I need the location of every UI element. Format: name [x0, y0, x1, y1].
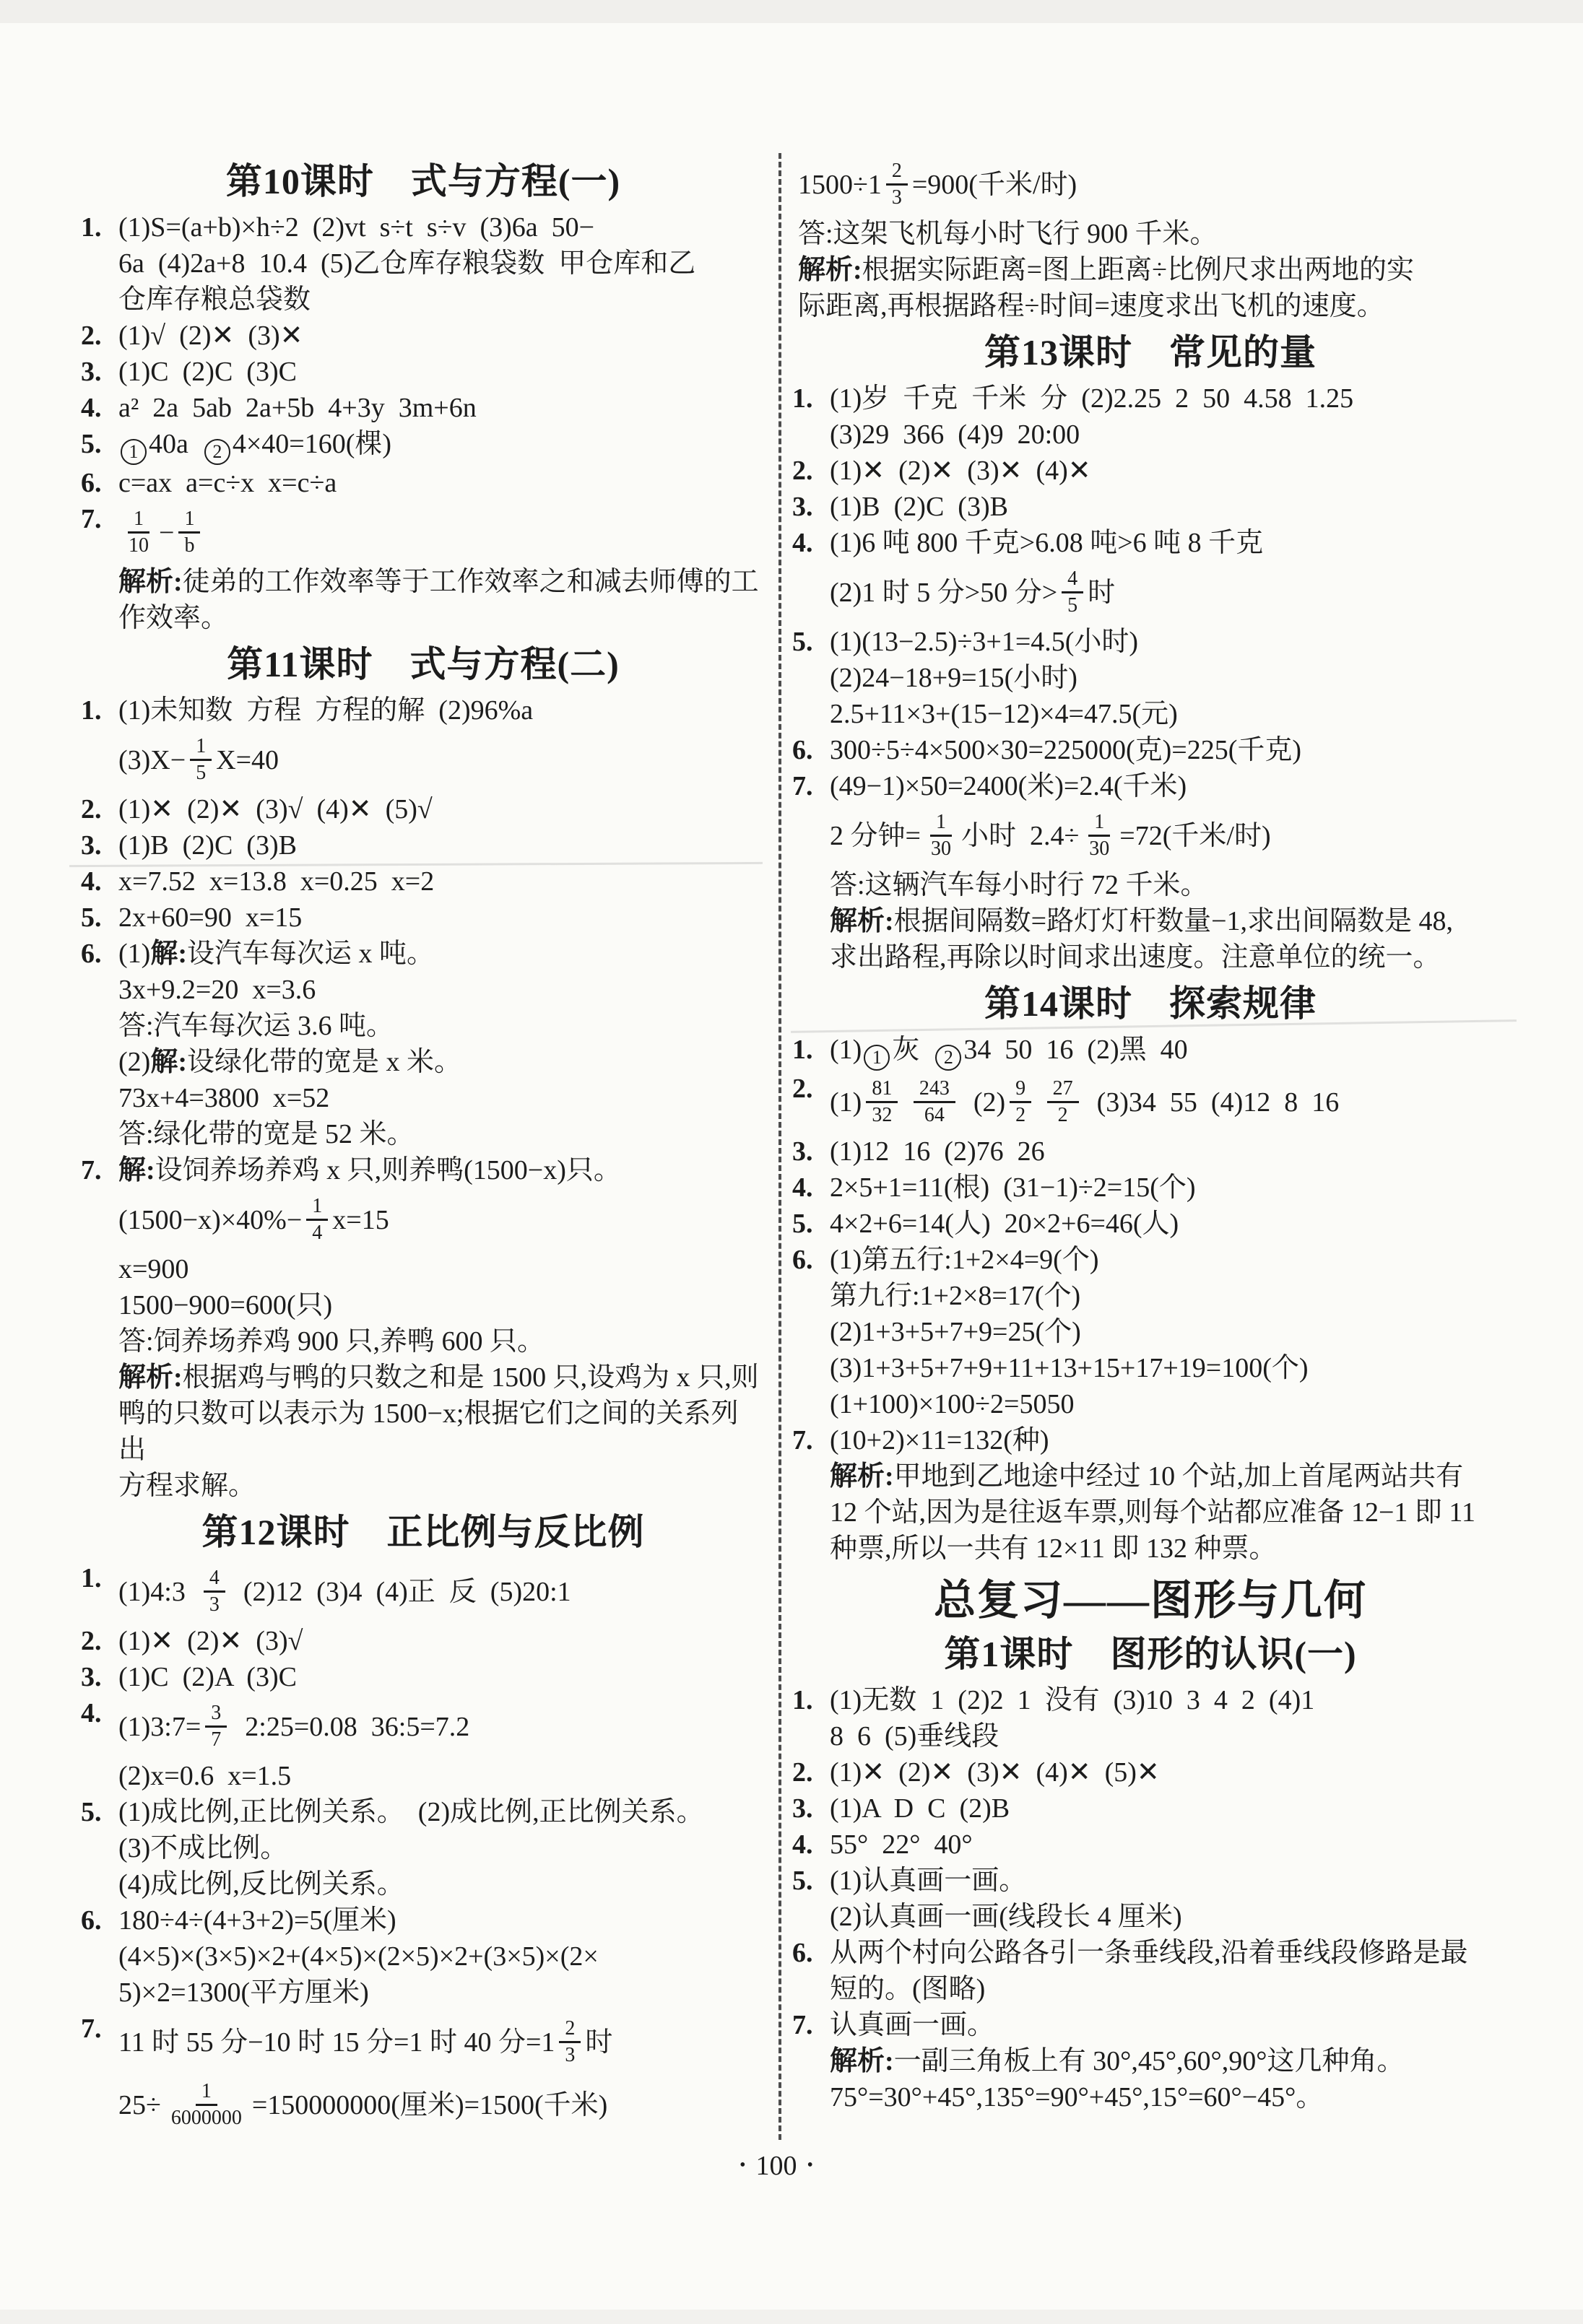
answer-line: (4×5)×(3×5)×2+(4×5)×(2×5)×2+(3×5)×(2× [118, 1938, 766, 1975]
section-title: 第14课时 探索规律 [792, 983, 1509, 1024]
text-run: 73x+4=3800 x=52 [118, 1083, 329, 1113]
section-title: 第10课时 式与方程(一) [81, 160, 766, 202]
answer-line: (1)(13−2.5)÷3+1=4.5(小时) [830, 624, 1509, 660]
answer-line: (3)29 366 (4)9 20:00 [830, 417, 1509, 453]
bold-label: 解: [150, 939, 187, 969]
text-run: 方程求解。 [118, 1471, 256, 1501]
answer-line: (49−1)×50=2400(米)=2.4(千米) [830, 768, 1509, 804]
fraction-denominator: 10 [123, 534, 155, 558]
answer-line: (1)12 16 (2)76 26 [830, 1133, 1509, 1170]
answer-line: 解析:根据实际距离=图上距离÷比例尺求出两地的实 [798, 252, 1509, 288]
text-run: 答:饲养场养鸡 900 只,养鸭 600 只。 [118, 1326, 545, 1357]
fraction: 130 [925, 810, 957, 861]
text-run: (1)未知数 方程 方程的解 (2)96%a [118, 695, 533, 726]
fraction-numerator: 1 [306, 1194, 328, 1221]
item-content: (1)C (2)C (3)C [118, 354, 766, 390]
item-content: 从两个村向公路各引一条垂线段,沿着垂线段修路是最短的。(图略) [830, 1935, 1509, 2007]
item-number: 3. [81, 354, 118, 390]
text-run: 答:绿化带的宽是 52 米。 [118, 1119, 415, 1149]
item-number: 1. [81, 1560, 118, 1596]
answer-line: 2 分钟=130小时 2.4÷130=72(千米/时) [830, 804, 1509, 867]
text-run: 8 6 (5)垂线段 [830, 1721, 999, 1751]
item-content: (1)C (2)A (3)C [118, 1659, 766, 1695]
answer-line: 答:这架飞机每小时飞行 900 千米。 [798, 216, 1509, 252]
scan-edge-top [0, 0, 1583, 23]
footer-dot: • [729, 2156, 755, 2175]
answer-line: (1)第五行:1+2×4=9(个) [830, 1242, 1509, 1278]
text-run: 第九行:1+2×8=17(个) [830, 1281, 1080, 1311]
bold-label: 解析: [118, 1362, 183, 1393]
text-run: 答:汽车每次运 3.6 吨。 [118, 1011, 394, 1041]
answer-line: (1)B (2)C (3)B [118, 827, 766, 863]
text-run: (2)1+3+5+7+9=25(个) [830, 1317, 1081, 1347]
text-run: 75°=30°+45°,135°=90°+45°,15°=60°−45°。 [830, 2082, 1323, 2112]
answer-line: (2)认真画一画(线段长 4 厘米) [830, 1899, 1509, 1935]
fraction-denominator: b [178, 534, 200, 558]
answer-item: 3.(1)C (2)A (3)C [81, 1659, 766, 1695]
fraction-numerator: 9 [1010, 1076, 1031, 1103]
fraction-numerator: 1 [178, 507, 200, 534]
item-content: c=ax a=c÷x x=c÷a [118, 465, 766, 501]
text-run: x=7.52 x=13.8 x=0.25 x=2 [118, 866, 434, 897]
item-number: 2. [792, 1071, 830, 1107]
item-content: (1)4:3 43 (2)12 (3)4 (4)正 反 (5)20:1 [118, 1560, 766, 1623]
text-run: 时 [1088, 575, 1115, 611]
answer-line: (1)3:7=37 2:25=0.08 36:5=7.2 [118, 1695, 766, 1758]
answer-line: 短的。(图略) [830, 1971, 1509, 2007]
answer-line: 5)×2=1300(平方厘米) [118, 1975, 766, 2011]
item-number: 4. [792, 525, 830, 561]
item-content: 11 时 55 分−10 时 15 分=1 时 40 分=123时25÷1600… [118, 2011, 766, 2136]
text-run: (2)认真画一画(线段长 4 厘米) [830, 1902, 1182, 1932]
item-number: 7. [792, 768, 830, 804]
answer-item: 1.(1)4:3 43 (2)12 (3)4 (4)正 反 (5)20:1 [81, 1560, 766, 1623]
text-run: 1500÷1 [798, 167, 882, 203]
answer-line: 际距离,再根据路程÷时间=速度求出飞机的速度。 [798, 288, 1509, 324]
answer-line: 55° 22° 40° [830, 1827, 1509, 1863]
answer-line: (10+2)×11=132(种) [830, 1422, 1509, 1458]
text-run: 时 [585, 2024, 612, 2060]
answer-line: 作效率。 [118, 600, 766, 636]
fraction-numerator: 1 [196, 2079, 217, 2106]
answer-item: 2.(1)✕ (2)✕ (3)√ [81, 1623, 766, 1659]
answer-line: c=ax a=c÷x x=c÷a [118, 465, 766, 501]
answer-line: 2.5+11×3+(15−12)×4=47.5(元) [830, 696, 1509, 732]
answer-line: (3)不成比例。 [118, 1830, 766, 1866]
answer-line: 答:这辆汽车每小时行 72 千米。 [830, 867, 1509, 903]
answer-item: 5.(1)(13−2.5)÷3+1=4.5(小时)(2)24−18+9=15(小… [792, 624, 1509, 732]
text-run: 180÷4÷(4+3+2)=5(厘米) [118, 1905, 396, 1936]
item-number: 3. [792, 1790, 830, 1827]
answer-item: 2.(1)✕ (2)✕ (3)✕ (4)✕ [792, 453, 1509, 489]
answer-line: 8 6 (5)垂线段 [830, 1718, 1509, 1754]
item-number: 4. [81, 390, 118, 426]
item-number: 3. [792, 489, 830, 525]
answer-item: 3.(1)12 16 (2)76 26 [792, 1133, 1509, 1170]
answer-item: 5.140a 24×40=160(棵) [81, 426, 766, 465]
text-run: x=15 [332, 1202, 389, 1238]
text-run: 2.5+11×3+(15−12)×4=47.5(元) [830, 699, 1178, 729]
item-content: (1)未知数 方程 方程的解 (2)96%a(3)X−15X=40 [118, 692, 766, 791]
text-run: 鸭的只数可以表示为 1500−x;根据它们之间的关系列出 [118, 1398, 739, 1465]
fraction: 24364 [914, 1076, 955, 1128]
text-run: 短的。(图略) [830, 1974, 985, 2004]
answer-line: (3)X−15X=40 [118, 728, 766, 791]
answer-item: 2.(1)✕ (2)✕ (3)√ (4)✕ (5)√ [81, 791, 766, 827]
text-run: 4×40=160(棵) [233, 429, 391, 459]
text-run: 际距离,再根据路程÷时间=速度求出飞机的速度。 [798, 291, 1384, 321]
fraction-denominator: 7 [205, 1728, 227, 1752]
item-content: (1)B (2)C (3)B [830, 489, 1509, 525]
text-run: 2×5+1=11(根) (31−1)÷2=15(个) [830, 1172, 1196, 1203]
item-number: 4. [792, 1170, 830, 1206]
item-number: 1. [792, 1682, 830, 1718]
answer-line: (1)1灰 234 50 16 (2)黑 40 [830, 1032, 1509, 1071]
answer-item: 3.(1)C (2)C (3)C [81, 354, 766, 390]
answer-line: (1)✕ (2)✕ (3)√ (4)✕ (5)√ [118, 791, 766, 827]
item-content: (1)无数 1 (2)2 1 没有 (3)10 3 4 2 (4)18 6 (5… [830, 1682, 1509, 1754]
answers-column-left: 第10课时 式与方程(一)1.(1)S=(a+b)×h÷2 (2)vt s÷t … [81, 153, 766, 2136]
fraction-numerator: 2 [559, 2016, 581, 2043]
text-run: 答:这辆汽车每小时行 72 千米。 [830, 870, 1208, 900]
text-run: (1)✕ (2)✕ (3)✕ (4)✕ (5)✕ [830, 1757, 1160, 1788]
text-run: c=ax a=c÷x x=c÷a [118, 468, 337, 498]
text-run: − [159, 515, 174, 551]
answer-item: 4.(1)6 吨 800 千克>6.08 吨>6 吨 8 千克(2)1 时 5 … [792, 525, 1509, 624]
answer-line: 75°=30°+45°,135°=90°+45°,15°=60°−45°。 [830, 2079, 1509, 2115]
answer-line: (3)1+3+5+7+9+11+13+15+17+19=100(个) [830, 1350, 1509, 1386]
text-run: (1)成比例,正比例关系。 (2)成比例,正比例关系。 [118, 1797, 704, 1827]
bold-label: 解析: [830, 2046, 894, 2076]
bold-label: 解析: [830, 1461, 894, 1492]
answer-item: 6.(1)解:设汽车每次运 x 吨。3x+9.2=20 x=3.6答:汽车每次运… [81, 936, 766, 1152]
item-content: (1)解:设汽车每次运 x 吨。3x+9.2=20 x=3.6答:汽车每次运 3… [118, 936, 766, 1152]
text-run: 1500−900=600(只) [118, 1290, 332, 1320]
answer-line: 1500−900=600(只) [118, 1287, 766, 1323]
answer-item: 7.(10+2)×11=132(种)解析:甲地到乙地途中经过 10 个站,加上首… [792, 1422, 1509, 1567]
answer-line: (2)解:设绿化带的宽是 x 米。 [118, 1044, 766, 1080]
fraction-numerator: 1 [190, 734, 212, 761]
answer-line: 25÷16000000=150000000(厘米)=1500(千米) [118, 2073, 766, 2136]
item-content: 认真画一画。解析:一副三角板上有 30°,45°,60°,90°这几种角。75°… [830, 2007, 1509, 2115]
text-run: (1)B (2)C (3)B [118, 830, 297, 861]
item-content: 140a 24×40=160(棵) [118, 426, 766, 465]
answer-line: (1)6 吨 800 千克>6.08 吨>6 吨 8 千克 [830, 525, 1509, 561]
answer-item: 6.从两个村向公路各引一条垂线段,沿着垂线段修路是最短的。(图略) [792, 1935, 1509, 2007]
text-run: (1)第五行:1+2×4=9(个) [830, 1245, 1098, 1275]
text-run: a² 2a 5ab 2a+5b 4+3y 3m+6n [118, 393, 477, 423]
answer-line: (1)无数 1 (2)2 1 没有 (3)10 3 4 2 (4)1 [830, 1682, 1509, 1718]
item-number: 2. [81, 1623, 118, 1659]
answer-line: 方程求解。 [118, 1468, 766, 1504]
item-content: 2x+60=90 x=15 [118, 900, 766, 936]
text-run: (1)B (2)C (3)B [830, 492, 1008, 522]
text-run: 5)×2=1300(平方厘米) [118, 1977, 369, 2008]
text-run: (1)✕ (2)✕ (3)√ (4)✕ (5)√ [118, 794, 433, 824]
answer-line: (1)C (2)C (3)C [118, 354, 766, 390]
text-run: (4)成比例,反比例关系。 [118, 1869, 404, 1899]
item-number: 6. [792, 732, 830, 768]
text-run: 根据间隔数=路灯灯杆数量−1,求出间隔数是 48, [894, 906, 1453, 936]
answer-line: 110−1b [118, 501, 766, 564]
fraction: 23 [559, 2016, 581, 2068]
text-run: (1)4:3 [118, 1574, 199, 1610]
workbook-page: 第10课时 式与方程(一)1.(1)S=(a+b)×h÷2 (2)vt s÷t … [0, 0, 1583, 2324]
item-number: 5. [792, 1206, 830, 1242]
text-run: 3x+9.2=20 x=3.6 [118, 975, 316, 1005]
text-run: 12 个站,因为是往返车票,则每个站都应准备 12−1 即 11 [830, 1497, 1475, 1528]
answer-item: 3.(1)A D C (2)B [792, 1790, 1509, 1827]
item-number: 7. [81, 2011, 118, 2047]
fraction: 45 [1062, 567, 1083, 618]
text-run: 300÷5÷4×500×30=225000(克)=225(千克) [830, 735, 1301, 765]
item-content: 解:设饲养场养鸡 x 只,则养鸭(1500−x)只。(1500−x)×40%−1… [118, 1152, 766, 1504]
answer-item: 2.(1)✕ (2)✕ (3)✕ (4)✕ (5)✕ [792, 1754, 1509, 1790]
bold-label: 解: [150, 1047, 187, 1077]
bold-label: 解: [118, 1155, 155, 1185]
answer-item: 1.(1)1灰 234 50 16 (2)黑 40 [792, 1032, 1509, 1071]
answer-item: 4.(1)3:7=37 2:25=0.08 36:5=7.2(2)x=0.6 x… [81, 1695, 766, 1794]
item-content: (1)B (2)C (3)B [118, 827, 766, 863]
answer-line: 仓库存粮总袋数 [118, 282, 766, 318]
text-run: (1)S=(a+b)×h÷2 (2)vt s÷t s÷v (3)6a 50− [118, 212, 594, 243]
item-number: 4. [792, 1827, 830, 1863]
text-run: 根据实际距离=图上距离÷比例尺求出两地的实 [862, 255, 1414, 285]
text-run: (1+100)×100÷2=5050 [830, 1389, 1074, 1419]
fraction-denominator: 2 [1052, 1103, 1074, 1128]
text-run: (1)✕ (2)✕ (3)✕ (4)✕ [830, 456, 1091, 486]
section-title: 第12课时 正比例与反比例 [81, 1511, 766, 1553]
answer-line: (1)✕ (2)✕ (3)✕ (4)✕ (5)✕ [830, 1754, 1509, 1790]
fraction: 43 [204, 1566, 225, 1617]
text-run: =150000000(厘米)=1500(千米) [252, 2087, 607, 2123]
text-run: 甲地到乙地途中经过 10 个站,加上首尾两站共有 [894, 1461, 1464, 1492]
text-run: 作效率。 [118, 603, 228, 633]
item-number: 1. [792, 380, 830, 417]
answer-line: (1)岁 千克 千米 分 (2)2.25 2 50 4.58 1.25 [830, 380, 1509, 417]
footer-dot: • [797, 2156, 823, 2175]
column-divider [779, 153, 781, 2140]
bold-label: 解析: [798, 255, 862, 285]
answer-item: 6.180÷4÷(4+3+2)=5(厘米)(4×5)×(3×5)×2+(4×5)… [81, 1902, 766, 2011]
text-run: (1) [118, 939, 150, 969]
answer-line: 11 时 55 分−10 时 15 分=1 时 40 分=123时 [118, 2011, 766, 2073]
item-number: 2. [792, 453, 830, 489]
text-run: 从两个村向公路各引一条垂线段,沿着垂线段修路是最 [830, 1938, 1468, 1968]
answer-line: 140a 24×40=160(棵) [118, 426, 766, 465]
fraction-numerator: 1 [1088, 810, 1110, 837]
item-number: 2. [81, 791, 118, 827]
answer-line: x=900 [118, 1251, 766, 1287]
answer-line: 2x+60=90 x=15 [118, 900, 766, 936]
item-number: 5. [81, 1794, 118, 1830]
item-content: (1)8132 24364 (2)92 272 (3)34 55 (4)12 8… [830, 1071, 1509, 1133]
answer-line: 认真画一画。 [830, 2007, 1509, 2043]
answer-item: 5.(1)认真画一画。(2)认真画一画(线段长 4 厘米) [792, 1863, 1509, 1935]
item-number: 7. [792, 1422, 830, 1458]
text-run: (1)√ (2)✕ (3)✕ [118, 321, 303, 351]
answer-line: 解析:甲地到乙地途中经过 10 个站,加上首尾两站共有 [830, 1458, 1509, 1494]
fraction-denominator: 5 [190, 761, 212, 785]
answer-line: (1)B (2)C (3)B [830, 489, 1509, 525]
fraction-numerator: 27 [1047, 1076, 1079, 1103]
fraction-numerator: 4 [204, 1566, 225, 1593]
answer-line: (1)4:3 43 (2)12 (3)4 (4)正 反 (5)20:1 [118, 1560, 766, 1623]
answer-line: 12 个站,因为是往返车票,则每个站都应准备 12−1 即 11 [830, 1494, 1509, 1531]
answers-column-right: 1500÷123=900(千米/时)答:这架飞机每小时飞行 900 千米。解析:… [792, 153, 1509, 2115]
answer-line: 种票,所以一共有 12×11 即 132 种票。 [830, 1531, 1509, 1567]
text-run: (1)12 16 (2)76 26 [830, 1136, 1045, 1167]
text-run: (4×5)×(3×5)×2+(4×5)×(2×5)×2+(3×5)×(2× [118, 1941, 599, 1972]
item-content: (1)1灰 234 50 16 (2)黑 40 [830, 1032, 1509, 1071]
answer-line: 从两个村向公路各引一条垂线段,沿着垂线段修路是最 [830, 1935, 1509, 1971]
text-run: (2)1 时 5 分>50 分> [830, 575, 1057, 611]
answer-item: 5.4×2+6=14(人) 20×2+6=46(人) [792, 1206, 1509, 1242]
fraction-numerator: 2 [886, 159, 908, 186]
answer-item: 2.(1)√ (2)✕ (3)✕ [81, 318, 766, 354]
text-run: (49−1)×50=2400(米)=2.4(千米) [830, 771, 1187, 801]
answer-line: (2)1+3+5+7+9=25(个) [830, 1314, 1509, 1350]
answer-item: 1.(1)无数 1 (2)2 1 没有 (3)10 3 4 2 (4)18 6 … [792, 1682, 1509, 1754]
item-content: (1)✕ (2)✕ (3)√ (4)✕ (5)√ [118, 791, 766, 827]
item-content: 4×2+6=14(人) 20×2+6=46(人) [830, 1206, 1509, 1242]
answer-item: 5.2x+60=90 x=15 [81, 900, 766, 936]
text-run: 6a (4)2a+8 10.4 (5)乙仓库存粮袋数 甲仓库和乙 [118, 248, 695, 279]
item-number: 1. [81, 692, 118, 728]
item-content: 300÷5÷4×500×30=225000(克)=225(千克) [830, 732, 1509, 768]
fraction-denominator: 5 [1062, 593, 1083, 618]
main-title: 总复习——图形与几何 [792, 1575, 1509, 1626]
text-run: (1500−x)×40%− [118, 1202, 302, 1238]
text-run: (2)12 (3)4 (4)正 反 (5)20:1 [230, 1574, 571, 1610]
item-number: 5. [792, 1863, 830, 1899]
item-number: 3. [81, 827, 118, 863]
answer-item: 3.(1)B (2)C (3)B [792, 489, 1509, 525]
answer-line: (1)未知数 方程 方程的解 (2)96%a [118, 692, 766, 728]
item-content: 110−1b解析:徒弟的工作效率等于工作效率之和减去师傅的工作效率。 [118, 501, 766, 636]
fraction-denominator: 3 [559, 2043, 581, 2068]
item-number: 5. [792, 624, 830, 660]
text-run: 40a [149, 429, 202, 459]
item-content: (1)3:7=37 2:25=0.08 36:5=7.2(2)x=0.6 x=1… [118, 1695, 766, 1794]
answer-line: (1)✕ (2)✕ (3)✕ (4)✕ [830, 453, 1509, 489]
fraction: 8132 [866, 1076, 898, 1128]
item-content: 55° 22° 40° [830, 1827, 1509, 1863]
item-number: 3. [792, 1133, 830, 1170]
answer-item: 7.110−1b解析:徒弟的工作效率等于工作效率之和减去师傅的工作效率。 [81, 501, 766, 636]
circled-number: 1 [121, 439, 147, 465]
fraction-numerator: 3 [205, 1701, 227, 1728]
answer-item: 3.(1)B (2)C (3)B [81, 827, 766, 863]
item-number: 6. [792, 1935, 830, 1971]
item-number: 4. [81, 863, 118, 900]
answer-line: 6a (4)2a+8 10.4 (5)乙仓库存粮袋数 甲仓库和乙 [118, 245, 766, 282]
answer-line: (2)24−18+9=15(小时) [830, 660, 1509, 696]
text-run: 仓库存粮总袋数 [118, 284, 311, 315]
item-content: a² 2a 5ab 2a+5b 4+3y 3m+6n [118, 390, 766, 426]
fraction: 15 [190, 734, 212, 785]
text-run: (1)岁 千克 千米 分 (2)2.25 2 50 4.58 1.25 [830, 383, 1353, 414]
text-run: (1)6 吨 800 千克>6.08 吨>6 吨 8 千克 [830, 528, 1263, 558]
fraction-denominator: 64 [919, 1103, 950, 1128]
section-title: 第1课时 图形的认识(一) [792, 1633, 1509, 1675]
answer-line: 鸭的只数可以表示为 1500−x;根据它们之间的关系列出 [118, 1396, 766, 1468]
answer-item: 4.55° 22° 40° [792, 1827, 1509, 1863]
item-content: (1)12 16 (2)76 26 [830, 1133, 1509, 1170]
fraction-numerator: 81 [866, 1076, 898, 1103]
answer-line: (1)认真画一画。 [830, 1863, 1509, 1899]
answer-line: (1500−x)×40%−14x=15 [118, 1188, 766, 1251]
text-run: 设绿化带的宽是 x 米。 [187, 1047, 461, 1077]
fraction: 37 [205, 1701, 227, 1752]
fraction: 130 [1083, 810, 1115, 861]
text-run: (2) [960, 1084, 1005, 1120]
item-number: 2. [792, 1754, 830, 1790]
item-number: 1. [81, 209, 118, 245]
answer-line: (1)成比例,正比例关系。 (2)成比例,正比例关系。 [118, 1794, 766, 1830]
answer-line: 300÷5÷4×500×30=225000(克)=225(千克) [830, 732, 1509, 768]
text-run: 2 分钟= [830, 818, 921, 854]
answer-item: 5.(1)成比例,正比例关系。 (2)成比例,正比例关系。(3)不成比例。(4)… [81, 1794, 766, 1902]
answer-item: 1500÷123=900(千米/时)答:这架飞机每小时飞行 900 千米。解析:… [792, 153, 1509, 324]
fraction-denominator: 30 [925, 837, 957, 861]
text-run: 灰 [892, 1035, 933, 1065]
answer-item: 4.2×5+1=11(根) (31−1)÷2=15(个) [792, 1170, 1509, 1206]
answer-item: 1.(1)S=(a+b)×h÷2 (2)vt s÷t s÷v (3)6a 50−… [81, 209, 766, 318]
text-run: (3)1+3+5+7+9+11+13+15+17+19=100(个) [830, 1353, 1309, 1383]
fraction-denominator: 2 [1010, 1103, 1031, 1128]
answer-line: 解:设饲养场养鸡 x 只,则养鸭(1500−x)只。 [118, 1152, 766, 1188]
item-number: 3. [81, 1659, 118, 1695]
text-run: 根据鸡与鸭的只数之和是 1500 只,设鸡为 x 只,则 [183, 1362, 759, 1393]
answer-item: 7.(49−1)×50=2400(米)=2.4(千米)2 分钟=130小时 2.… [792, 768, 1509, 975]
fraction: 110 [123, 507, 155, 558]
text-run: (1) [830, 1035, 862, 1065]
text-run: (1)A D C (2)B [830, 1793, 1010, 1824]
answer-item: 1.(1)岁 千克 千米 分 (2)2.25 2 50 4.58 1.25(3)… [792, 380, 1509, 453]
text-run: x=900 [118, 1254, 188, 1284]
item-content: (1)A D C (2)B [830, 1790, 1509, 1827]
text-run: (3)不成比例。 [118, 1833, 287, 1863]
item-content: (10+2)×11=132(种)解析:甲地到乙地途中经过 10 个站,加上首尾两… [830, 1422, 1509, 1567]
fraction-denominator: 3 [204, 1593, 225, 1617]
answer-item: 2.(1)8132 24364 (2)92 272 (3)34 55 (4)12… [792, 1071, 1509, 1133]
page-footer: •100• [0, 2150, 1553, 2182]
text-run: (1)无数 1 (2)2 1 没有 (3)10 3 4 2 (4)1 [830, 1685, 1314, 1715]
answer-item: 7.认真画一画。解析:一副三角板上有 30°,45°,60°,90°这几种角。7… [792, 2007, 1509, 2115]
text-run: (1)C (2)A (3)C [118, 1662, 297, 1692]
answer-line: 73x+4=3800 x=52 [118, 1080, 766, 1116]
answer-line: (2)x=0.6 x=1.5 [118, 1758, 766, 1794]
answer-line: 第九行:1+2×8=17(个) [830, 1278, 1509, 1314]
scan-edge-bottom [0, 2310, 1583, 2324]
text-run: =900(千米/时) [912, 167, 1077, 203]
text-run: 设饲养场养鸡 x 只,则养鸭(1500−x)只。 [155, 1155, 621, 1185]
text-run: =72(千米/时) [1119, 818, 1270, 854]
item-content: (1)第五行:1+2×4=9(个)第九行:1+2×8=17(个)(2)1+3+5… [830, 1242, 1509, 1422]
answer-line: (1)A D C (2)B [830, 1790, 1509, 1827]
item-content: 2×5+1=11(根) (31−1)÷2=15(个) [830, 1170, 1509, 1206]
text-run: 34 50 16 (2)黑 40 [963, 1035, 1187, 1065]
answer-line: 答:饲养场养鸡 900 只,养鸭 600 只。 [118, 1323, 766, 1359]
fraction-denominator: 32 [866, 1103, 898, 1128]
item-content: (1)6 吨 800 千克>6.08 吨>6 吨 8 千克(2)1 时 5 分>… [830, 525, 1509, 624]
answer-item: 6.(1)第五行:1+2×4=9(个)第九行:1+2×8=17(个)(2)1+3… [792, 1242, 1509, 1422]
item-content: (1)S=(a+b)×h÷2 (2)vt s÷t s÷v (3)6a 50−6a… [118, 209, 766, 318]
item-content: (1)✕ (2)✕ (3)√ [118, 1623, 766, 1659]
fraction-denominator: 6000000 [165, 2106, 248, 2131]
answer-line: 解析:根据鸡与鸭的只数之和是 1500 只,设鸡为 x 只,则 [118, 1359, 766, 1396]
